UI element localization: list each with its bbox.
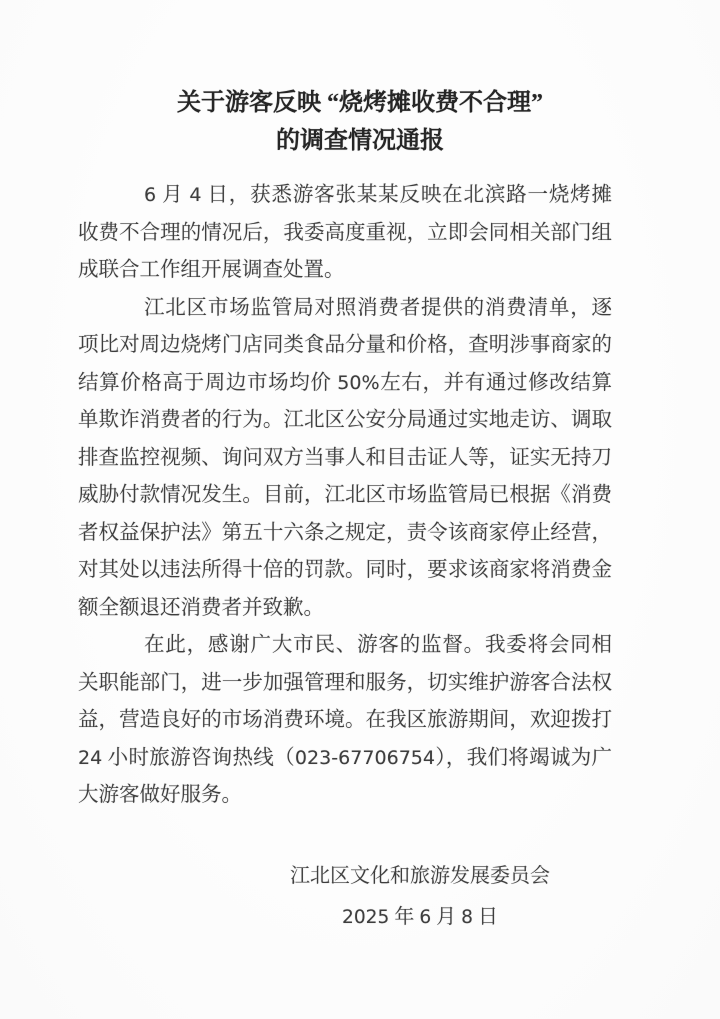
document-body: 6 月 4 日，获悉游客张某某反映在北滨路一烧烤摊收费不合理的情况后，我委高度重… [78, 177, 612, 815]
body-paragraph-1: 6 月 4 日，获悉游客张某某反映在北滨路一烧烤摊收费不合理的情况后，我委高度重… [78, 177, 612, 290]
scanned-notice-page: 关于游客反映 “烧烤摊收费不合理” 的调查情况通报 6 月 4 日，获悉游客张某… [0, 0, 720, 1019]
document-title-line-2: 的调查情况通报 [0, 122, 720, 160]
signature-block: 江北区文化和旅游发展委员会 2025 年 6 月 8 日 [290, 856, 550, 938]
body-paragraph-2: 江北区市场监管局对照消费者提供的消费清单，逐项比对周边烧烤门店同类食品分量和价格… [78, 290, 612, 628]
document-title-line-1: 关于游客反映 “烧烤摊收费不合理” [0, 84, 720, 122]
signature-organization: 江北区文化和旅游发展委员会 [290, 856, 550, 897]
body-paragraph-3: 在此，感谢广大市民、游客的监督。我委将会同相关职能部门，进一步加强管理和服务，切… [78, 627, 612, 815]
signature-date: 2025 年 6 月 8 日 [290, 897, 550, 938]
document-title: 关于游客反映 “烧烤摊收费不合理” 的调查情况通报 [0, 84, 720, 160]
